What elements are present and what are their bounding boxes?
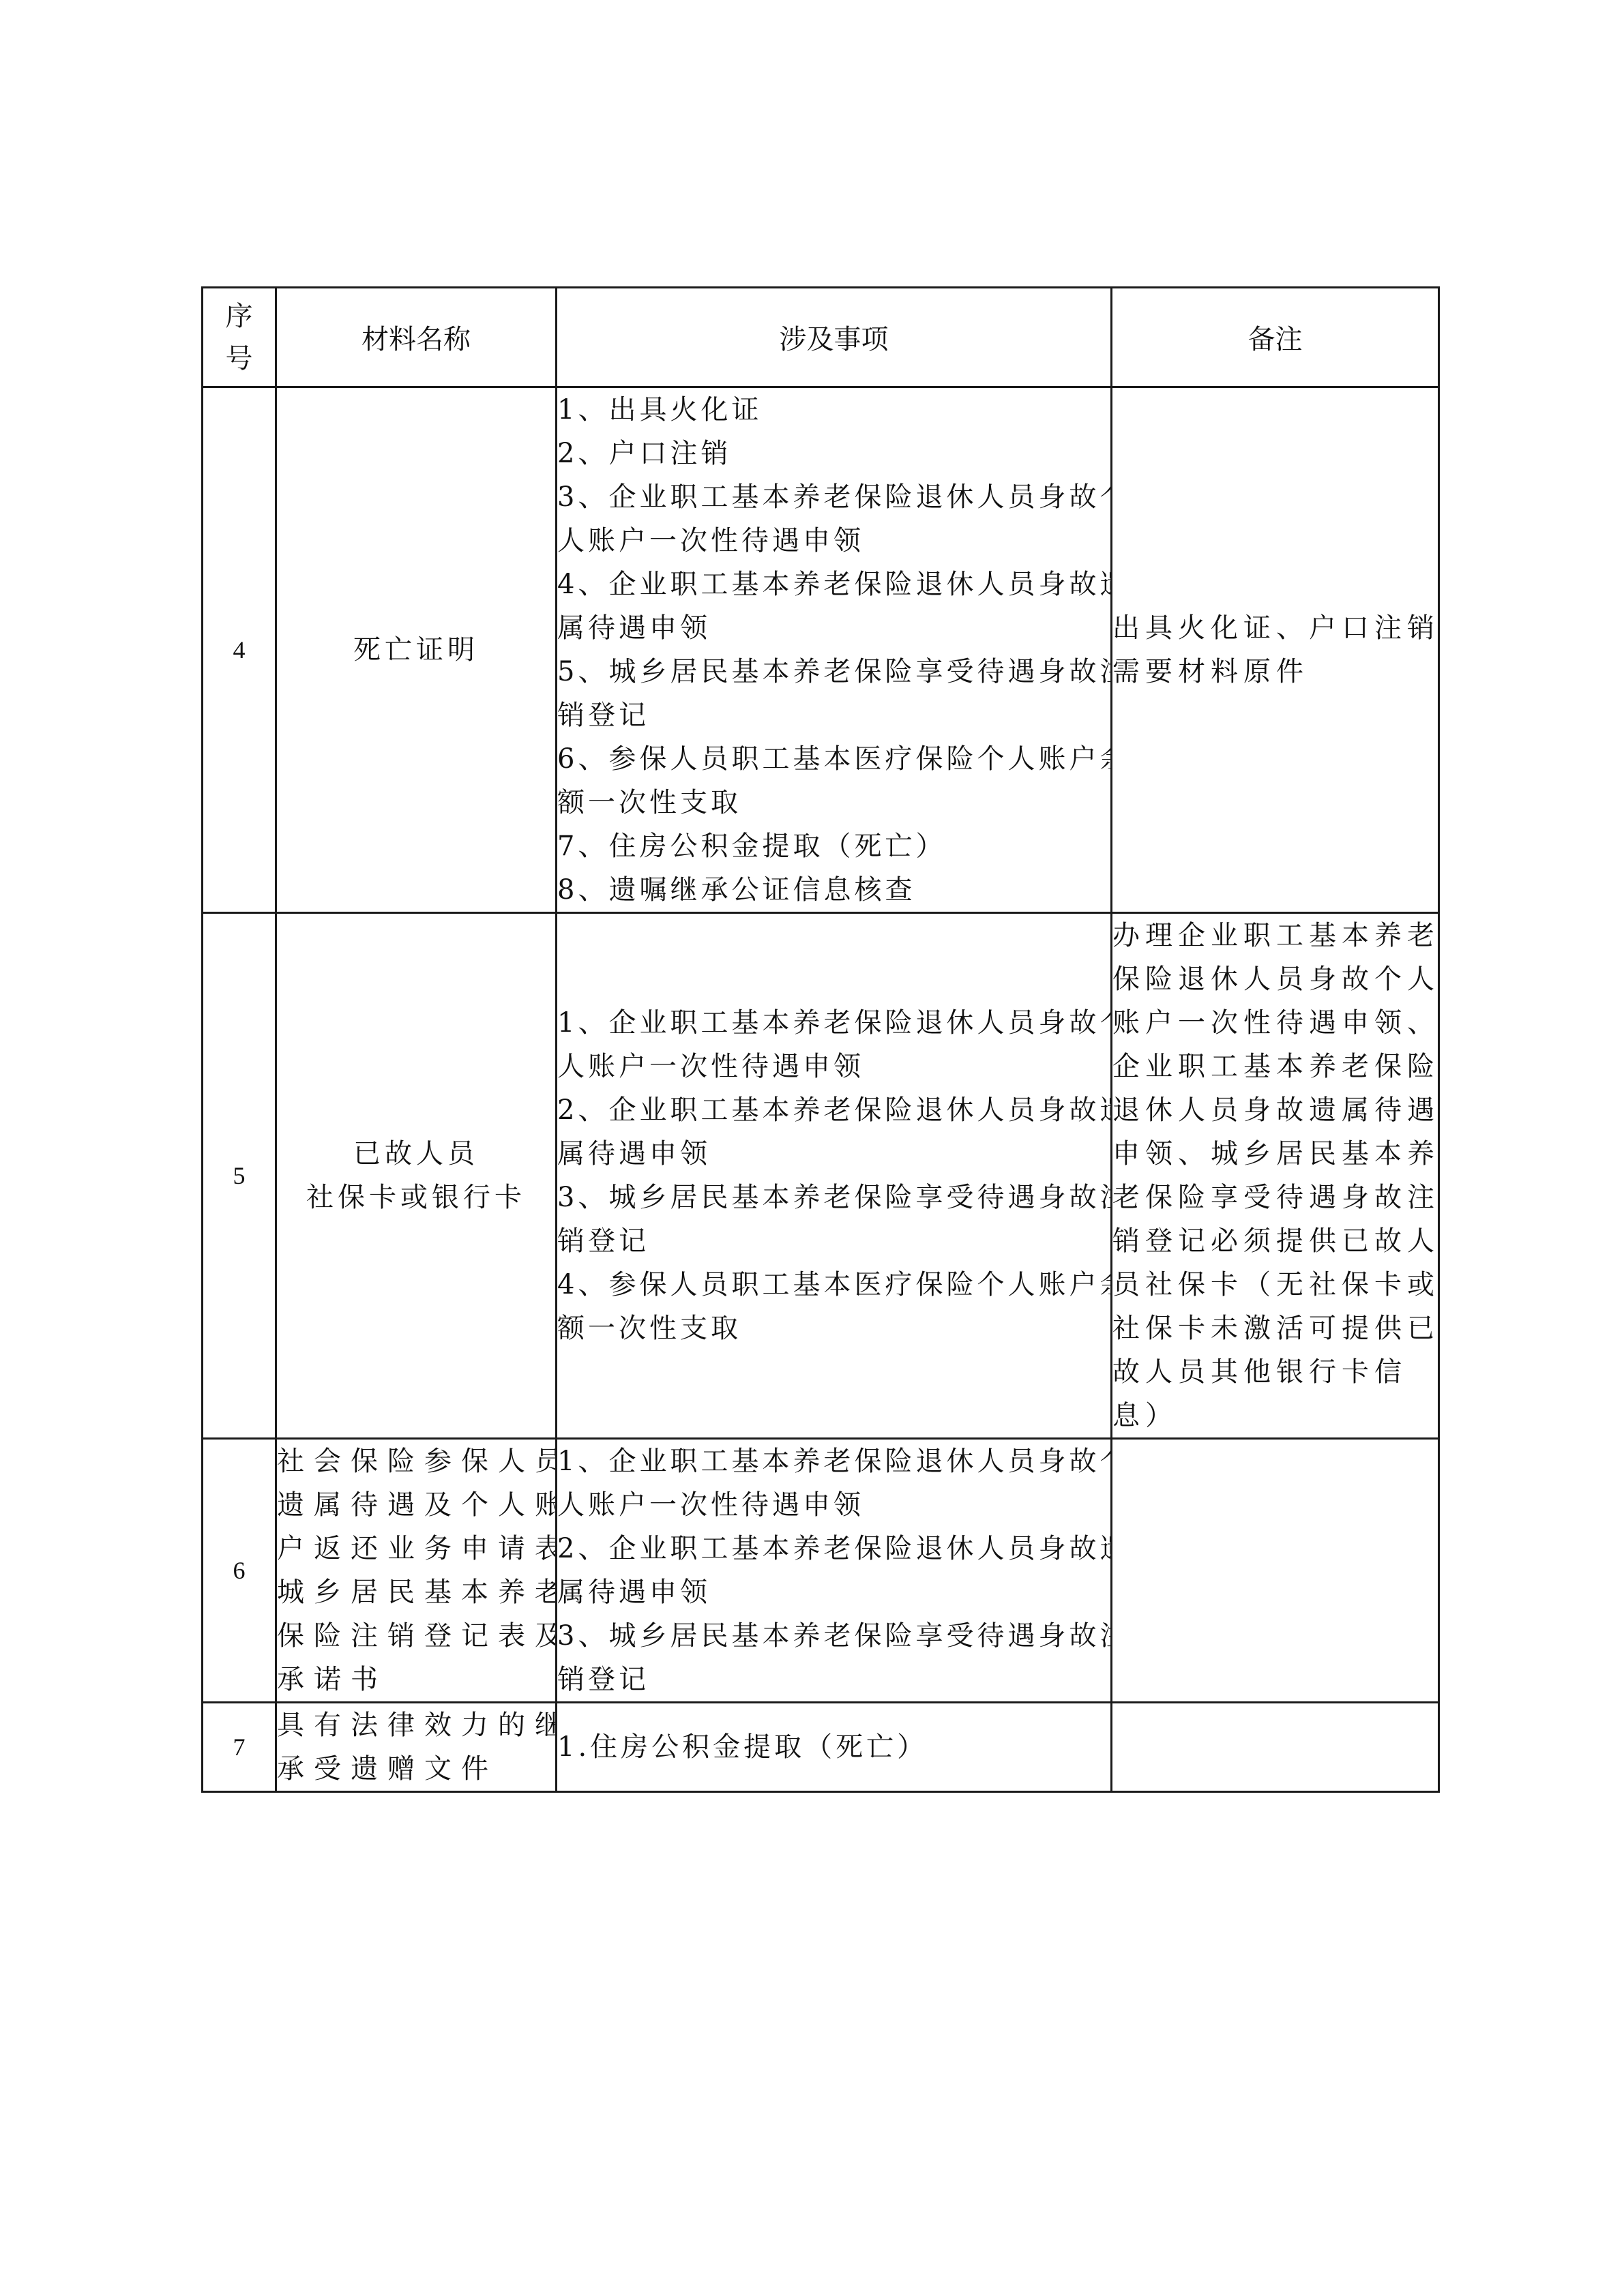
row-number: 5 <box>203 913 276 1439</box>
matter-line: 属待遇申领 <box>557 1570 1110 1614</box>
remark-line: 账户一次性待遇申领、 <box>1112 1001 1438 1045</box>
matter-line: 属待遇申领 <box>557 1132 1110 1176</box>
matter-line: 额一次性支取 <box>557 781 1110 824</box>
table-row: 6 社会保险参保人员 遗属待遇及个人账 户返还业务申请表 城乡居民基本养老 保险… <box>203 1439 1439 1703</box>
matters-list: 1、企业职工基本养老保险退休人员身故个 人账户一次性待遇申领 2、企业职工基本养… <box>557 1439 1112 1703</box>
material-line: 承诺书 <box>277 1658 555 1701</box>
matter-line: 人账户一次性待遇申领 <box>557 1045 1110 1088</box>
document-page: 序 号 材料名称 涉及事项 备注 4 死亡证明 1、出具火化证 2、户口注销 3… <box>0 0 1624 2296</box>
matter-line: 6、参保人员职工基本医疗保险个人账户余 <box>557 737 1110 781</box>
matter-line: 人账户一次性待遇申领 <box>557 1483 1110 1527</box>
remark-line: 申领、城乡居民基本养 <box>1112 1132 1438 1176</box>
matter-line: 8、遗嘱继承公证信息核查 <box>557 868 1110 912</box>
remark-line: 办理企业职工基本养老 <box>1112 914 1438 957</box>
matter-line: 1、企业职工基本养老保险退休人员身故个 <box>557 1440 1110 1483</box>
remark-line: 企业职工基本养老保险 <box>1112 1045 1438 1088</box>
header-number-line1: 序 <box>226 295 253 338</box>
row-number: 4 <box>203 387 276 913</box>
matter-line: 额一次性支取 <box>557 1307 1110 1350</box>
remarks-cell: 办理企业职工基本养老 保险退休人员身故个人 账户一次性待遇申领、 企业职工基本养… <box>1112 913 1439 1439</box>
matters-list: 1、出具火化证 2、户口注销 3、企业职工基本养老保险退休人员身故个 人账户一次… <box>557 387 1112 913</box>
material-line: 具有法律效力的继 <box>277 1703 555 1747</box>
matters-list: 1.住房公积金提取（死亡） <box>557 1703 1112 1792</box>
material-line: 遗属待遇及个人账 <box>277 1483 555 1527</box>
matter-line: 属待遇申领 <box>557 606 1110 650</box>
table-row: 5 已故人员 社保卡或银行卡 1、企业职工基本养老保险退休人员身故个 人账户一次… <box>203 913 1439 1439</box>
remark-line: 销登记必须提供已故人 <box>1112 1219 1438 1263</box>
matter-line: 1、出具火化证 <box>557 388 1110 432</box>
material-name: 死亡证明 <box>276 387 557 913</box>
material-line: 城乡居民基本养老 <box>277 1570 555 1614</box>
material-line: 社保卡或银行卡 <box>277 1176 555 1219</box>
header-number: 序 号 <box>203 288 276 387</box>
remark-line: 出具火化证、户口注销 <box>1112 606 1438 650</box>
header-remarks: 备注 <box>1112 288 1439 387</box>
remarks-cell: 出具火化证、户口注销 需要材料原件 <box>1112 387 1439 913</box>
materials-table: 序 号 材料名称 涉及事项 备注 4 死亡证明 1、出具火化证 2、户口注销 3… <box>201 286 1440 1793</box>
row-number: 7 <box>203 1703 276 1792</box>
remarks-cell <box>1112 1703 1439 1792</box>
material-line: 已故人员 <box>277 1132 555 1176</box>
remark-line: 退休人员身故遗属待遇 <box>1112 1088 1438 1132</box>
matter-line: 2、企业职工基本养老保险退休人员身故遗 <box>557 1088 1110 1132</box>
material-line: 社会保险参保人员 <box>277 1440 555 1483</box>
remark-line: 保险退休人员身故个人 <box>1112 957 1438 1001</box>
matter-line: 人账户一次性待遇申领 <box>557 519 1110 563</box>
remark-line: 息） <box>1112 1394 1438 1437</box>
remark-line: 员社保卡（无社保卡或 <box>1112 1263 1438 1307</box>
matter-line: 销登记 <box>557 1219 1110 1263</box>
matter-line: 3、城乡居民基本养老保险享受待遇身故注 <box>557 1176 1110 1219</box>
material-line: 户返还业务申请表 <box>277 1527 555 1570</box>
material-line: 死亡证明 <box>277 628 555 672</box>
matter-line: 4、参保人员职工基本医疗保险个人账户余 <box>557 1263 1110 1307</box>
material-line: 保险注销登记表及 <box>277 1614 555 1658</box>
matter-line: 3、城乡居民基本养老保险享受待遇身故注 <box>557 1614 1110 1658</box>
row-number: 6 <box>203 1439 276 1703</box>
table-header-row: 序 号 材料名称 涉及事项 备注 <box>203 288 1439 387</box>
matter-line: 3、企业职工基本养老保险退休人员身故个 <box>557 475 1110 519</box>
header-matters: 涉及事项 <box>557 288 1112 387</box>
material-name: 已故人员 社保卡或银行卡 <box>276 913 557 1439</box>
material-name: 社会保险参保人员 遗属待遇及个人账 户返还业务申请表 城乡居民基本养老 保险注销… <box>276 1439 557 1703</box>
remark-line: 老保险享受待遇身故注 <box>1112 1176 1438 1219</box>
remarks-cell <box>1112 1439 1439 1703</box>
matter-line: 2、企业职工基本养老保险退休人员身故遗 <box>557 1527 1110 1570</box>
material-line: 承受遗赠文件 <box>277 1747 555 1791</box>
material-name: 具有法律效力的继 承受遗赠文件 <box>276 1703 557 1792</box>
matter-line: 2、户口注销 <box>557 432 1110 475</box>
remark-line: 故人员其他银行卡信 <box>1112 1350 1438 1394</box>
header-number-line2: 号 <box>226 338 253 380</box>
remark-line: 社保卡未激活可提供已 <box>1112 1307 1438 1350</box>
table-row: 7 具有法律效力的继 承受遗赠文件 1.住房公积金提取（死亡） <box>203 1703 1439 1792</box>
remark-line: 需要材料原件 <box>1112 650 1438 694</box>
matter-line: 7、住房公积金提取（死亡） <box>557 824 1110 868</box>
matter-line: 5、城乡居民基本养老保险享受待遇身故注 <box>557 650 1110 694</box>
matter-line: 1.住房公积金提取（死亡） <box>557 1725 1110 1769</box>
matter-line: 1、企业职工基本养老保险退休人员身故个 <box>557 1001 1110 1045</box>
header-material: 材料名称 <box>276 288 557 387</box>
table-row: 4 死亡证明 1、出具火化证 2、户口注销 3、企业职工基本养老保险退休人员身故… <box>203 387 1439 913</box>
matter-line: 4、企业职工基本养老保险退休人员身故遗 <box>557 563 1110 606</box>
matter-line: 销登记 <box>557 694 1110 737</box>
matters-list: 1、企业职工基本养老保险退休人员身故个 人账户一次性待遇申领 2、企业职工基本养… <box>557 913 1112 1439</box>
matter-line: 销登记 <box>557 1658 1110 1701</box>
